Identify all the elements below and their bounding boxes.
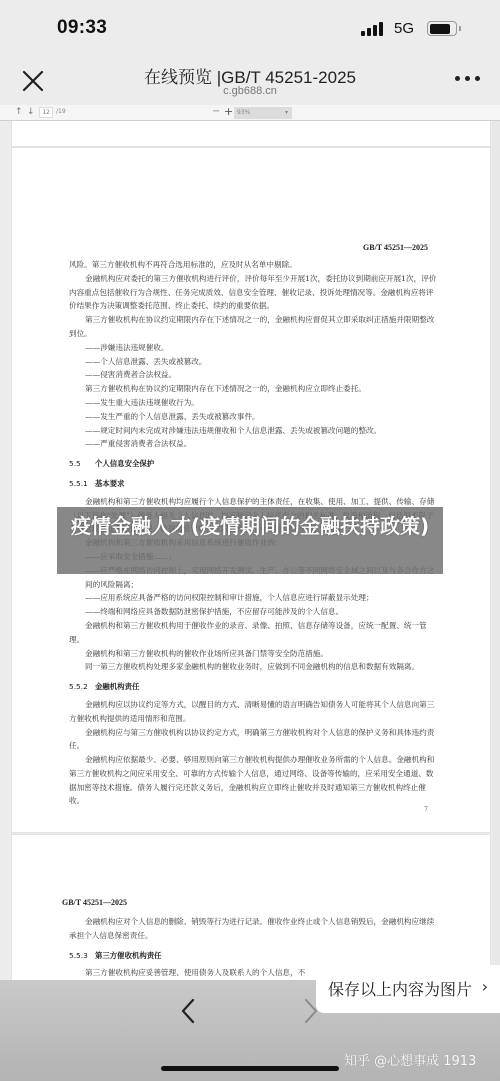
title-overlay-banner: 疫情金融人才(疫情期间的金融扶持政策) [57,507,443,574]
more-icon [455,76,460,81]
section-heading-5-5-2: 5.5.2金融机构责任 [69,680,441,694]
home-indicator[interactable] [161,1066,339,1071]
list-item: ——侵害消费者合法权益。 [69,368,441,382]
list-item: ——规定时间内未完成对涉嫌违法违规催收和个人信息泄露、丢失或被篡改问题的整改。 [69,424,441,438]
more-button[interactable] [455,76,481,84]
zoom-level: 93% [237,109,250,116]
nav-header: 在线预览 |GB/T 45251-2025 c.gb688.cn [0,58,500,104]
watermark: 知乎 @心想事成 1913 [344,1050,476,1069]
battery-tip [459,26,461,31]
list-item: ——严重侵害消费者合法权益。 [69,437,441,451]
paragraph: 风险。第三方催收机构不再符合选用标准的，应及时从名单中剔除。 [69,258,441,272]
paragraph: 金融机构应依据最少、必要、够用原则向第三方催收机构提供办理催收业务所需的个人信息… [69,753,441,808]
section-heading-5-5-3: 5.5.3第三方催收机构责任 [69,949,441,963]
page-number: 7 [424,803,428,817]
back-button[interactable] [177,996,199,1026]
page-domain: c.gb688.cn [0,85,500,97]
status-time: 09:33 [57,17,107,39]
next-page: GB/T 45251—2025 金融机构应对个人信息的删除、销毁等行为进行记录。… [12,835,490,981]
chevron-left-icon [177,996,199,1026]
list-item: ——发生严重的个人信息泄露、丢失或被篡改事件。 [69,410,441,424]
scrollbar[interactable] [492,121,500,981]
zoom-in-button[interactable]: + [224,105,233,118]
document-page: GB/T 45251—2025 风险。第三方催收机构不再符合选用标准的，应及时从… [12,148,490,832]
save-as-image-button[interactable]: 保存以上内容为图片 › [316,965,500,1013]
save-as-image-label: 保存以上内容为图片 [328,977,472,1000]
page-number-input[interactable]: 12 [39,107,53,118]
banner-text: 疫情金融人才(疫情期间的金融扶持政策) [57,513,443,540]
paragraph: 金融机构应与第三方催收机构以协议约定方式，明确第三方催收机构对个人信息的保护义务… [69,726,441,754]
chevron-right-icon: › [482,977,488,996]
network-label: 5G [394,20,414,37]
list-item: ——个人信息泄露、丢失或被篡改。 [69,355,441,369]
paragraph: 第三方催收机构在协议约定期限内存在下述情况之一的，金融机构应立即终止委托。 [69,382,441,396]
zoom-select[interactable]: 93% ▾ [234,107,292,119]
paragraph: 金融机构和第三方催收机构的催收作业场所应具备门禁等安全防范措施。 [69,647,441,661]
page-total: /19 [56,108,66,115]
list-item: ——发生重大违法违规催收行为。 [69,396,441,410]
list-item: ——涉嫌违法违规催收。 [69,341,441,355]
list-item: ——应用系统应具备严格的访问权限控制和审计措施，个人信息应进行屏蔽显示处理； [69,591,441,605]
page-header-standard-id: GB/T 45251—2025 [62,896,127,910]
paragraph: 金融机构应以协议约定等方式，以醒目的方式、清晰易懂的语言明确告知债务人可能将其个… [69,698,441,726]
paragraph: 金融机构应对个人信息的删除、销毁等行为进行记录。催收作业终止或个人信息销毁后，金… [69,915,441,943]
pdf-toolbar: ↑ ↓ 12 /19 − + 93% ▾ [0,105,500,121]
status-bar: 09:33 5G [0,0,500,58]
next-page-button[interactable]: ↓ [27,107,35,117]
paragraph: 第三方催收机构在协议约定期限内存在下述情况之一的，金融机构应督促其立即采取纠正措… [69,313,441,341]
list-item: ——终端和网络应具备数据防泄密保护措施，不应留存可能涉及的个人信息。 [69,605,441,619]
signal-icon [361,22,385,36]
paragraph: 同一第三方催收机构处理多家金融机构的催收业务时，应做到不同金融机构的信息和数据有… [69,660,441,674]
page-header-standard-id: GB/T 45251—2025 [363,241,428,255]
dropdown-caret-icon: ▾ [285,107,288,119]
paragraph: 金融机构和第三方催收机构用于催收作业的录音、录像、拍照、信息存储等设备，应统一配… [69,619,441,647]
section-heading-5-5: 5.5个人信息安全保护 [69,457,441,471]
previous-page-button[interactable]: ↑ [15,107,23,117]
previous-page [12,121,490,146]
section-heading-5-5-1: 5.5.1基本要求 [69,477,441,491]
zoom-out-button[interactable]: − [212,106,220,117]
paragraph: 金融机构应对委托的第三方催收机构进行评价，评价每年至少开展1次，委托协议到期前应… [69,272,441,313]
battery-icon [427,21,457,36]
